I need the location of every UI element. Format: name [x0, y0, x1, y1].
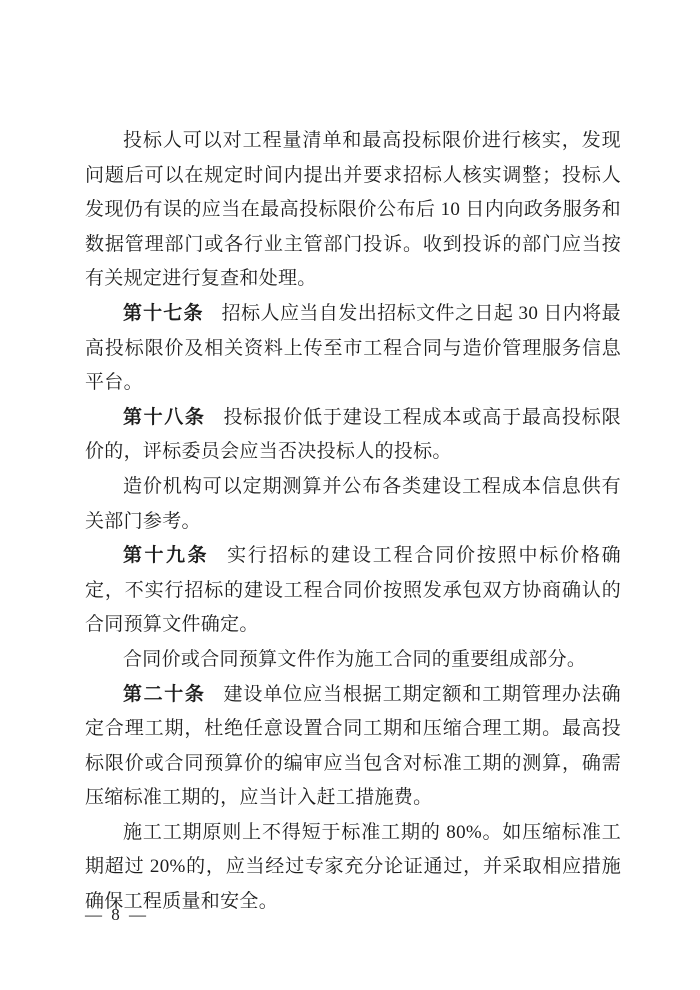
- paragraph-article-20: 第二十条建设单位应当根据工期定额和工期管理办法确定合理工期，杜绝任意设置合同工期…: [85, 678, 621, 816]
- paragraph-article-19: 第十九条实行招标的建设工程合同价按照中标价格确定，不实行招标的建设工程合同价按照…: [85, 539, 621, 643]
- paragraph-construction-period: 施工工期原则上不得短于标准工期的 80%。如压缩标准工期超过 20%的，应当经过…: [85, 816, 621, 920]
- paragraph-cost-info: 造价机构可以定期测算并公布各类建设工程成本信息供有关部门参考。: [85, 470, 621, 539]
- document-page: 投标人可以对工程量清单和最高投标限价进行核实，发现问题后可以在规定时间内提出并要…: [0, 0, 700, 990]
- article-20-number: 第二十条: [123, 684, 205, 705]
- document-body: 投标人可以对工程量清单和最高投标限价进行核实，发现问题后可以在规定时间内提出并要…: [85, 124, 621, 920]
- page-footer: — 8 —: [85, 905, 149, 925]
- article-18-number: 第十八条: [123, 407, 205, 428]
- page-number: — 8 —: [85, 905, 149, 924]
- paragraph-complaint-handling: 投标人可以对工程量清单和最高投标限价进行核实，发现问题后可以在规定时间内提出并要…: [85, 124, 621, 297]
- article-19-number: 第十九条: [123, 545, 209, 566]
- paragraph-article-18: 第十八条投标报价低于建设工程成本或高于最高投标限价的，评标委员会应当否决投标人的…: [85, 401, 621, 470]
- paragraph-contract-price: 合同价或合同预算文件作为施工合同的重要组成部分。: [85, 643, 621, 678]
- paragraph-article-17: 第十七条招标人应当自发出招标文件之日起 30 日内将最高投标限价及相关资料上传至…: [85, 297, 621, 401]
- article-17-number: 第十七条: [123, 303, 204, 324]
